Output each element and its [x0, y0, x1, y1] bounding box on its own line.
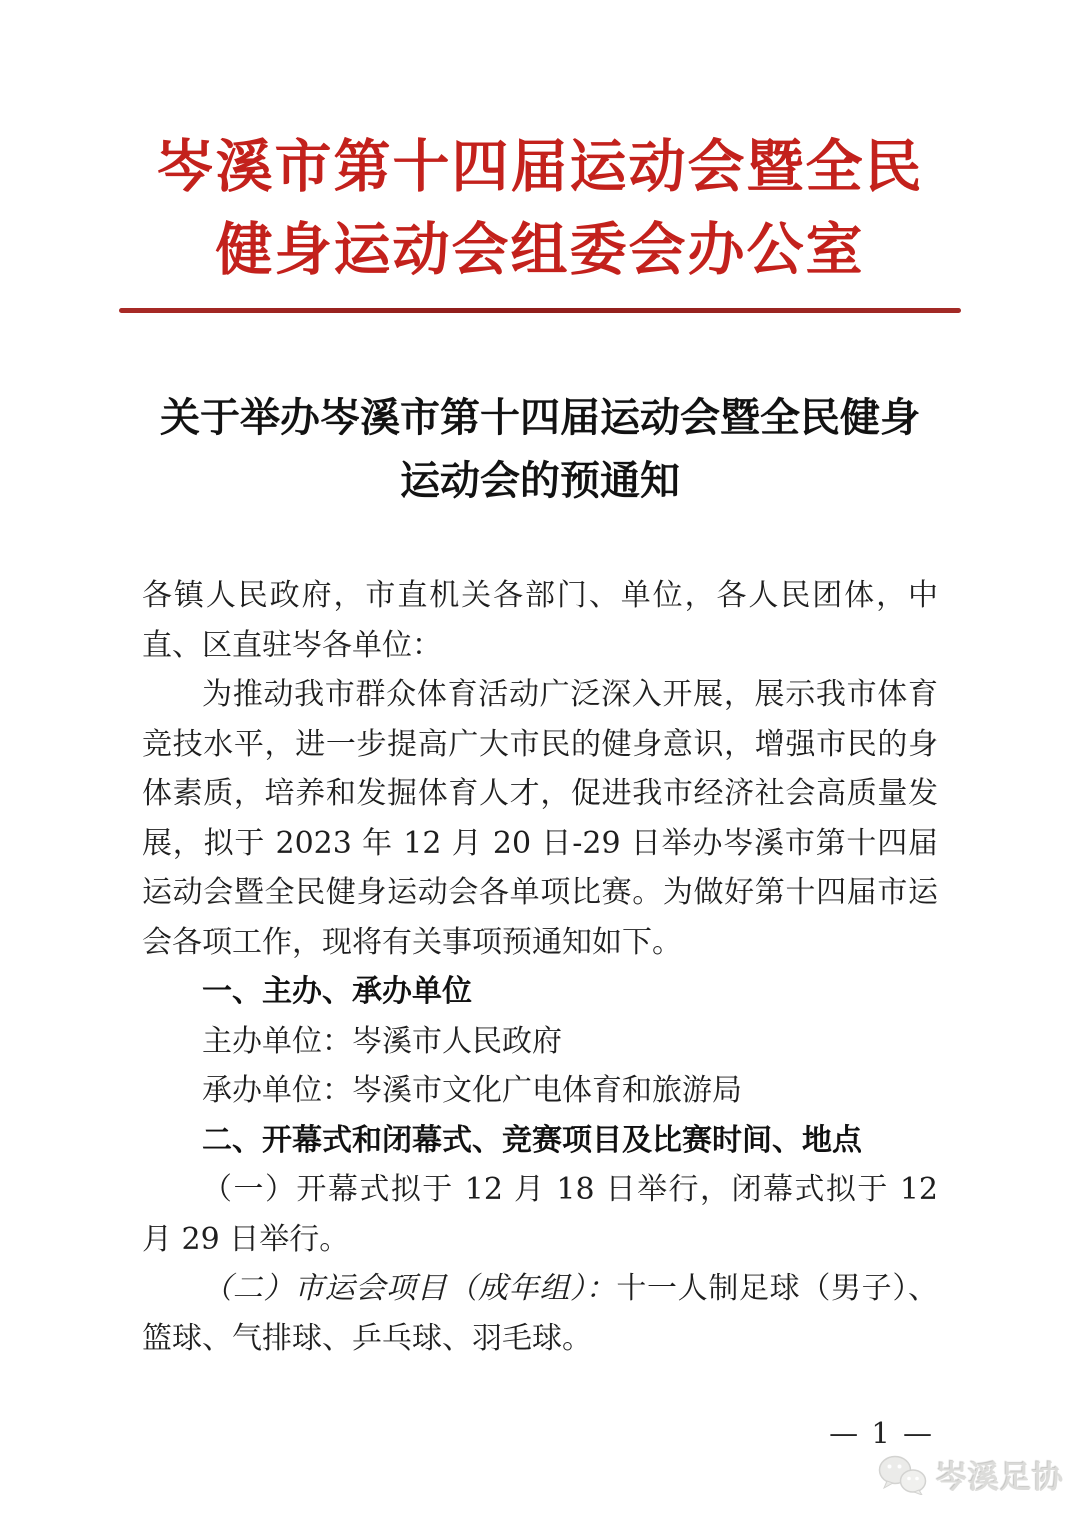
host-unit-line: 主办单位：岑溪市人民政府 [142, 1017, 938, 1067]
letterhead-line2: 健身运动会组委会办公室 [0, 209, 1080, 292]
section2-heading: 二、开幕式和闭幕式、竞赛项目及比赛时间、地点 [142, 1116, 938, 1166]
section2-item2-label: （二）市运会项目（成年组）： [202, 1271, 616, 1306]
document-title: 关于举办岑溪市第十四届运动会暨全民健身 运动会的预通知 [0, 387, 1080, 513]
letterhead-line1: 岑溪市第十四届运动会暨全民 [0, 126, 1080, 209]
section2-item2: （二）市运会项目（成年组）：十一人制足球（男子）、篮球、气排球、乒乓球、羽毛球。 [142, 1264, 938, 1363]
letterhead: 岑溪市第十四届运动会暨全民 健身运动会组委会办公室 [0, 0, 1080, 292]
document-body: 各镇人民政府，市直机关各部门、单位，各人民团体，中直、区直驻岑各单位： 为推动我… [142, 571, 938, 1363]
watermark-text: 岑溪足协 [936, 1452, 1064, 1497]
page-number: — 1 — [829, 1416, 934, 1450]
document-page: 岑溪市第十四届运动会暨全民 健身运动会组委会办公室 关于举办岑溪市第十四届运动会… [0, 0, 1080, 1526]
intro-paragraph: 为推动我市群众体育活动广泛深入开展，展示我市体育竞技水平，进一步提高广大市民的健… [142, 670, 938, 967]
watermark: 岑溪足协 [878, 1452, 1064, 1497]
document-title-line1: 关于举办岑溪市第十四届运动会暨全民健身 [0, 387, 1080, 450]
section1-heading: 一、主办、承办单位 [142, 967, 938, 1017]
wechat-icon [878, 1455, 928, 1495]
document-title-line2: 运动会的预通知 [0, 450, 1080, 513]
section2-item1: （一）开幕式拟于 12 月 18 日举行，闭幕式拟于 12 月 29 日举行。 [142, 1165, 938, 1264]
letterhead-divider [119, 308, 961, 313]
organizer-unit-line: 承办单位：岑溪市文化广电体育和旅游局 [142, 1066, 938, 1116]
salutation-paragraph: 各镇人民政府，市直机关各部门、单位，各人民团体，中直、区直驻岑各单位： [142, 571, 938, 670]
